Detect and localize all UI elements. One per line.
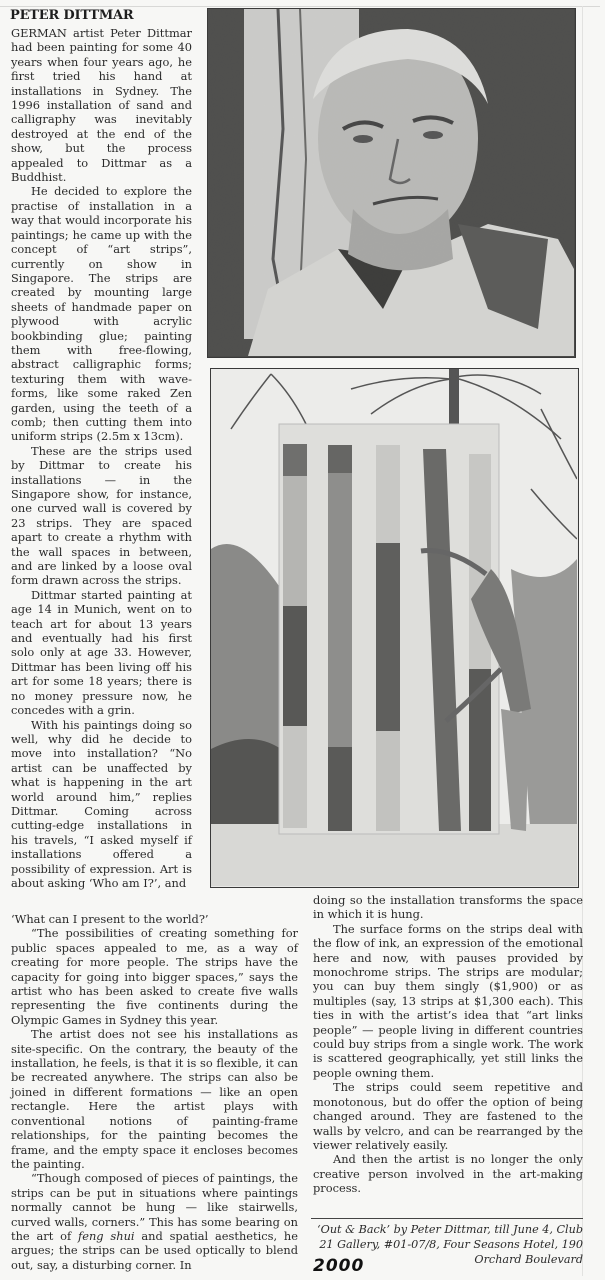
installation-photo [210, 368, 579, 888]
paragraph: The artist does not see his installation… [11, 1027, 298, 1171]
paragraph: The surface forms on the strips deal wit… [313, 922, 583, 1080]
installation-image [211, 369, 577, 886]
paragraph: The strips could seem repetitive and mon… [313, 1080, 583, 1152]
article-column-right: doing so the installation transforms the… [313, 893, 583, 1196]
paragraph: With his paintings doing so well, why di… [11, 718, 192, 891]
handwritten-year: 2000 [313, 1256, 364, 1276]
paragraph: GERMAN artist Peter Dittmar had been pai… [11, 26, 192, 184]
feng-shui-italic: feng shui [78, 1229, 135, 1243]
paragraph: And then the artist is no longer the onl… [313, 1152, 583, 1195]
page-top-edge [0, 6, 600, 7]
portrait-photo [207, 8, 576, 358]
paragraph: These are the strips used by Dittmar to … [11, 444, 192, 588]
paragraph: ‘What can I present to the world?’ [11, 912, 298, 926]
paragraph: “Though composed of pieces of paintings,… [11, 1171, 298, 1272]
paragraph: He decided to explore the practise of in… [11, 184, 192, 443]
paragraph: “The possibilities of creating something… [11, 926, 298, 1027]
paragraph: doing so the installation transforms the… [313, 893, 583, 922]
caption-divider [311, 1218, 583, 1219]
portrait-image [208, 9, 574, 356]
caption-line: ‘Out & Back’ by Peter Dittmar, till June… [311, 1222, 583, 1237]
article-column-left-wide: ‘What can I present to the world?’ “The … [11, 912, 298, 1272]
article-headline: PETER DITTMAR [10, 8, 134, 23]
caption-line: 21 Gallery, #01-07/8, Four Seasons Hotel… [311, 1237, 583, 1252]
article-column-left-narrow: GERMAN artist Peter Dittmar had been pai… [11, 26, 192, 890]
paragraph: Dittmar started painting at age 14 in Mu… [11, 588, 192, 718]
